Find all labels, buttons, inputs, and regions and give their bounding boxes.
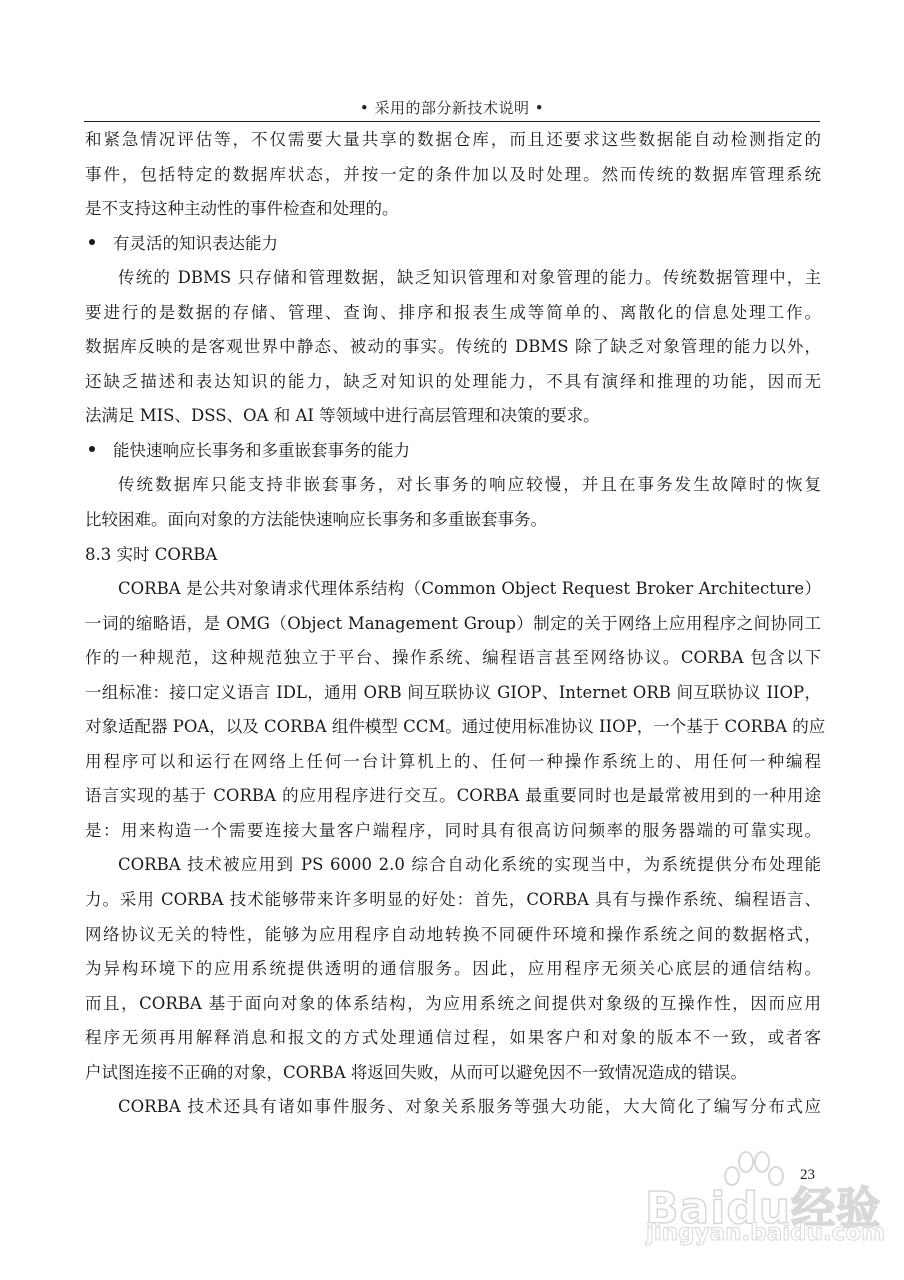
paragraph-line: 还缺乏描述和表达知识的能力，缺乏对知识的处理能力，不具有演绎和推理的功能，因而无 [85,365,821,400]
bullet-label: 有灵活的知识表达能力 [113,234,278,253]
bullet-label: 能快速响应长事务和多重嵌套事务的能力 [113,441,410,460]
paragraph-line: 是不支持这种主动性的事件检查和处理的。 [85,192,821,227]
paw-icon [718,1150,788,1190]
paragraph-line: 对象适配器 POA，以及 CORBA 组件模型 CCM。通过使用标准协议 IIO… [85,710,821,745]
bullet-item-transactions: 能快速响应长事务和多重嵌套事务的能力 [85,434,821,469]
paragraph-line: 为异构环境下的应用系统提供透明的通信服务。因此，应用程序无须关心底层的通信结构。 [85,952,821,987]
paragraph-line: 语言实现的基于 CORBA 的应用程序进行交互。CORBA 最重要同时也是最常被… [85,779,821,814]
paragraph-line: 户试图连接不正确的对象，CORBA 将返回失败，从而可以避免因不一致情况造成的错… [85,1056,821,1091]
paragraph-line: 数据库反映的是客观世界中静态、被动的事实。传统的 DBMS 除了缺乏对象管理的能… [85,330,821,365]
paragraph-line: 和紧急情况评估等，不仅需要大量共享的数据仓库，而且还要求这些数据能自动检测指定的 [85,123,821,158]
running-header: • 采用的部分新技术说明 • [84,98,820,118]
paragraph-line: 传统数据库只能支持非嵌套事务，对长事务的响应较慢，并且在事务发生故障时的恢复 [85,468,821,503]
page-body: 和紧急情况评估等，不仅需要大量共享的数据仓库，而且还要求这些数据能自动检测指定的… [85,123,821,1125]
watermark-brand: Baidu经验 [645,1172,881,1236]
paragraph-line: 作的一种规范，这种规范独立于平台、操作系统、编程语言甚至网络协议。CORBA 包… [85,641,821,676]
paragraph-line: CORBA 技术还具有诸如事件服务、对象关系服务等强大功能，大大简化了编写分布式… [85,1090,821,1125]
paragraph-line: 传统的 DBMS 只存储和管理数据，缺乏知识管理和对象管理的能力。传统数据管理中… [85,261,821,296]
paragraph-line: 事件，包括特定的数据库状态，并按一定的条件加以及时处理。然而传统的数据库管理系统 [85,158,821,193]
bullet-icon [89,239,95,245]
paragraph-line: 要进行的是数据的存储、管理、查询、排序和报表生成等简单的、离散化的信息处理工作。 [85,296,821,331]
page-number: 23 [800,1167,815,1184]
watermark-url: jingyan.baidu.com [646,1220,885,1246]
paragraph-line: 用程序可以和运行在网络上任何一台计算机上的、任何一种操作系统上的、用任何一种编程 [85,745,821,780]
bullet-icon [89,446,95,452]
paragraph-line: 程序无须再用解释消息和报文的方式处理通信过程，如果客户和对象的版本不一致，或者客 [85,1021,821,1056]
paragraph-line: 法满足 MIS、DSS、OA 和 AI 等领域中进行高层管理和决策的要求。 [85,399,821,434]
paragraph-line: CORBA 技术被应用到 PS 6000 2.0 综合自动化系统的实现当中，为系… [85,848,821,883]
section-heading: 8.3 实时 CORBA [85,538,821,573]
paragraph-line: 而且，CORBA 基于面向对象的体系结构，为应用系统之间提供对象级的互操作性，因… [85,987,821,1022]
paragraph-line: 力。采用 CORBA 技术能够带来许多明显的好处：首先，CORBA 具有与操作系… [85,883,821,918]
header-divider [84,121,820,122]
bullet-item-knowledge: 有灵活的知识表达能力 [85,227,821,262]
baidu-jingyan-watermark: Baidu经验 jingyan.baidu.com [640,1150,900,1260]
paragraph-line: 一词的缩略语，是 OMG（Object Management Group）制定的… [85,607,821,642]
paragraph-line: CORBA 是公共对象请求代理体系结构（Common Object Reques… [85,572,821,607]
paragraph-line: 一组标准：接口定义语言 IDL，通用 ORB 间互联协议 GIOP、Intern… [85,676,821,711]
paragraph-line: 比较困难。面向对象的方法能快速响应长事务和多重嵌套事务。 [85,503,821,538]
paragraph-line: 网络协议无关的特性，能够为应用程序自动地转换不同硬件环境和操作系统之间的数据格式… [85,918,821,953]
paragraph-line: 是：用来构造一个需要连接大量客户端程序，同时具有很高访问频率的服务器端的可靠实现… [85,814,821,849]
